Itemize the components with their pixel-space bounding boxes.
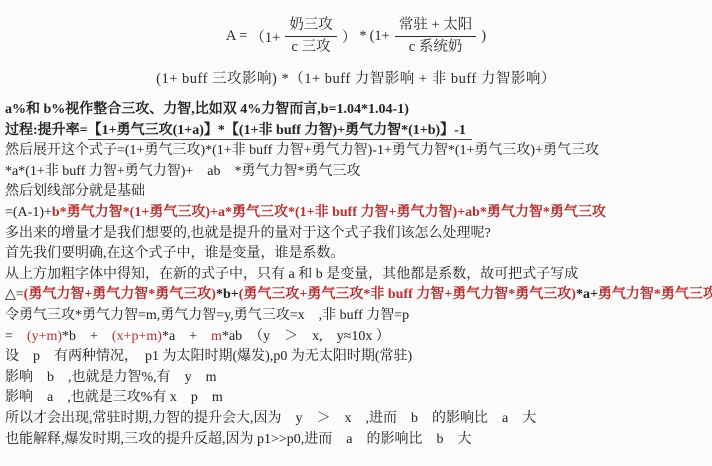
text-segment: 令勇气三攻*勇气力智=m,勇气力智=y,勇气三攻=x ,非 buff 力智=p	[5, 308, 409, 323]
text-segment: 多出来的增量才是我们想要的,也就是提升的量对于这个式子我们该怎么处理呢?	[5, 226, 491, 241]
fraction-denominator: c 系统奶	[405, 37, 467, 56]
formula-line-2: (1+ buff 三攻影响) *（1+ buff 力智影响 + 非 buff 力…	[0, 67, 712, 88]
text-segment: 也能解释,爆发时期,三攻的提升反超,因为 p1>>p0,进而 a 的影响比 b …	[5, 432, 472, 447]
formula-close-paren-2: )	[481, 28, 486, 45]
text-segment: =(A-1)+	[5, 205, 52, 220]
text-segment: a%和 b%视作整合三攻、力智,比如双 4%力智而言,b=1.04*1.04-1…	[5, 102, 409, 117]
doc-line: 多出来的增量才是我们想要的,也就是提升的量对于这个式子我们该怎么处理呢?	[5, 224, 710, 245]
doc-line: 首先我们要明确,在这个式子中，谁是变量，谁是系数。	[5, 244, 710, 265]
doc-lines: a%和 b%视作整合三攻、力智,比如双 4%力智而言,b=1.04*1.04-1…	[0, 100, 712, 450]
doc-line: 也能解释,爆发时期,三攻的提升反超,因为 p1>>p0,进而 a 的影响比 b …	[5, 430, 710, 451]
formula-line-1: A = （1+ 奶三攻 c 三攻 ） * (1+ 常驻 + 太阳 c 系统奶 )	[0, 14, 712, 58]
formula-lhs: A =	[226, 28, 247, 45]
text-segment: 【1+勇气三攻(1+a)】*【(1+非 buff 力智)+勇气力智*(1+b)】…	[88, 123, 472, 140]
doc-line: 然后展开这个式子=(1+勇气三攻)*(1+非 buff 力智+勇气力智)-1+勇…	[5, 141, 710, 162]
doc-line: 设 p 有两种情况， p1 为太阳时期(爆发),p0 为无太阳时期(常驻)	[5, 347, 710, 368]
fraction-numerator: 奶三攻	[285, 16, 337, 36]
text-segment: b*勇气力智*(1+勇气三攻)+a*勇气三攻*(1+非 buff 力智+勇气力智…	[52, 205, 606, 220]
text-segment: 从上方加粗字体中得知，在新的式子中，只有 a 和 b 是变量，其他都是系数，故可…	[5, 267, 578, 282]
text-segment: 设 p 有两种情况， p1 为太阳时期(爆发),p0 为无太阳时期(常驻)	[5, 349, 412, 364]
text-segment: (勇气三攻+勇气三攻*非 buff 力智+勇气力智*勇气三攻)	[239, 287, 576, 302]
formula-close-paren: ）	[342, 26, 357, 47]
doc-line: △=(勇气力智+勇气力智*勇气三攻)*b+(勇气三攻+勇气三攻*非 buff 力…	[5, 285, 710, 306]
text-segment: (勇气力智+勇气力智*勇气三攻)	[24, 287, 216, 302]
text-segment: 影响 a ,也就是三攻%有 x p m	[5, 390, 223, 405]
fraction-numerator: 常驻 + 太阳	[395, 16, 476, 36]
fraction-milk-attack: 奶三攻 c 三攻	[285, 16, 337, 55]
fraction-system-milk: 常驻 + 太阳 c 系统奶	[395, 16, 476, 55]
text-segment: (x+p+m)	[112, 329, 162, 344]
formula-multiply-sign: *	[359, 28, 366, 45]
text-segment: (y+m)	[27, 329, 62, 344]
formula-block: A = （1+ 奶三攻 c 三攻 ） * (1+ 常驻 + 太阳 c 系统奶 )…	[0, 0, 712, 88]
text-segment: *a +	[162, 329, 211, 344]
doc-line: 过程:提升率=【1+勇气三攻(1+a)】*【(1+非 buff 力智)+勇气力智…	[5, 121, 710, 142]
text-segment: 然后划线部分就是基础	[5, 184, 145, 199]
doc-line: *a*(1+非 buff 力智+勇气力智)+ ab *勇气力智*勇气三攻	[5, 162, 710, 183]
doc-line: = (y+m)*b + (x+p+m)*a + m*ab （y ＞ x, y≈1…	[5, 327, 710, 348]
doc-line: 令勇气三攻*勇气力智=m,勇气力智=y,勇气三攻=x ,非 buff 力智=p	[5, 306, 710, 327]
doc-line: 影响 a ,也就是三攻%有 x p m	[5, 388, 710, 409]
text-segment: 勇气力智*勇气三攻	[598, 287, 712, 302]
doc-line: a%和 b%视作整合三攻、力智,比如双 4%力智而言,b=1.04*1.04-1…	[5, 100, 710, 121]
text-segment: 影响 b ,也就是力智%,有 y m	[5, 370, 217, 385]
doc-line: 所以才会出现,常驻时期,力智的提升会大,因为 y ＞ x ,进而 b 的影响比 …	[5, 409, 710, 430]
doc-line: 从上方加粗字体中得知，在新的式子中，只有 a 和 b 是变量，其他都是系数，故可…	[5, 265, 710, 286]
document-page: A = （1+ 奶三攻 c 三攻 ） * (1+ 常驻 + 太阳 c 系统奶 )…	[0, 0, 712, 466]
text-segment: 所以才会出现,常驻时期,力智的提升会大,因为 y ＞ x ,进而 b 的影响比 …	[5, 411, 536, 426]
doc-line: 然后划线部分就是基础	[5, 182, 710, 203]
text-segment: m	[211, 329, 222, 344]
text-segment: 然后展开这个式子=(1+勇气三攻)*(1+非 buff 力智+勇气力智)-1+勇…	[5, 143, 599, 158]
fraction-denominator: c 三攻	[288, 37, 335, 56]
text-segment: *a+	[576, 287, 598, 302]
formula-open-paren: （1+	[250, 26, 280, 47]
doc-line: =(A-1)+b*勇气力智*(1+勇气三攻)+a*勇气三攻*(1+非 buff …	[5, 203, 710, 224]
formula-open-paren-2: (1+	[370, 28, 390, 45]
text-segment: *ab （y ＞ x, y≈10x ）	[222, 329, 390, 344]
text-segment: *b+	[216, 287, 239, 302]
text-segment: =	[5, 329, 27, 344]
text-segment: △=	[5, 287, 24, 302]
text-segment: 首先我们要明确,在这个式子中，谁是变量，谁是系数。	[5, 246, 345, 261]
text-segment: *b +	[62, 329, 112, 344]
text-segment: *a*(1+非 buff 力智+勇气力智)+ ab *勇气力智*勇气三攻	[5, 164, 361, 179]
doc-line: 影响 b ,也就是力智%,有 y m	[5, 368, 710, 389]
text-segment: 过程:提升率=	[5, 123, 88, 138]
